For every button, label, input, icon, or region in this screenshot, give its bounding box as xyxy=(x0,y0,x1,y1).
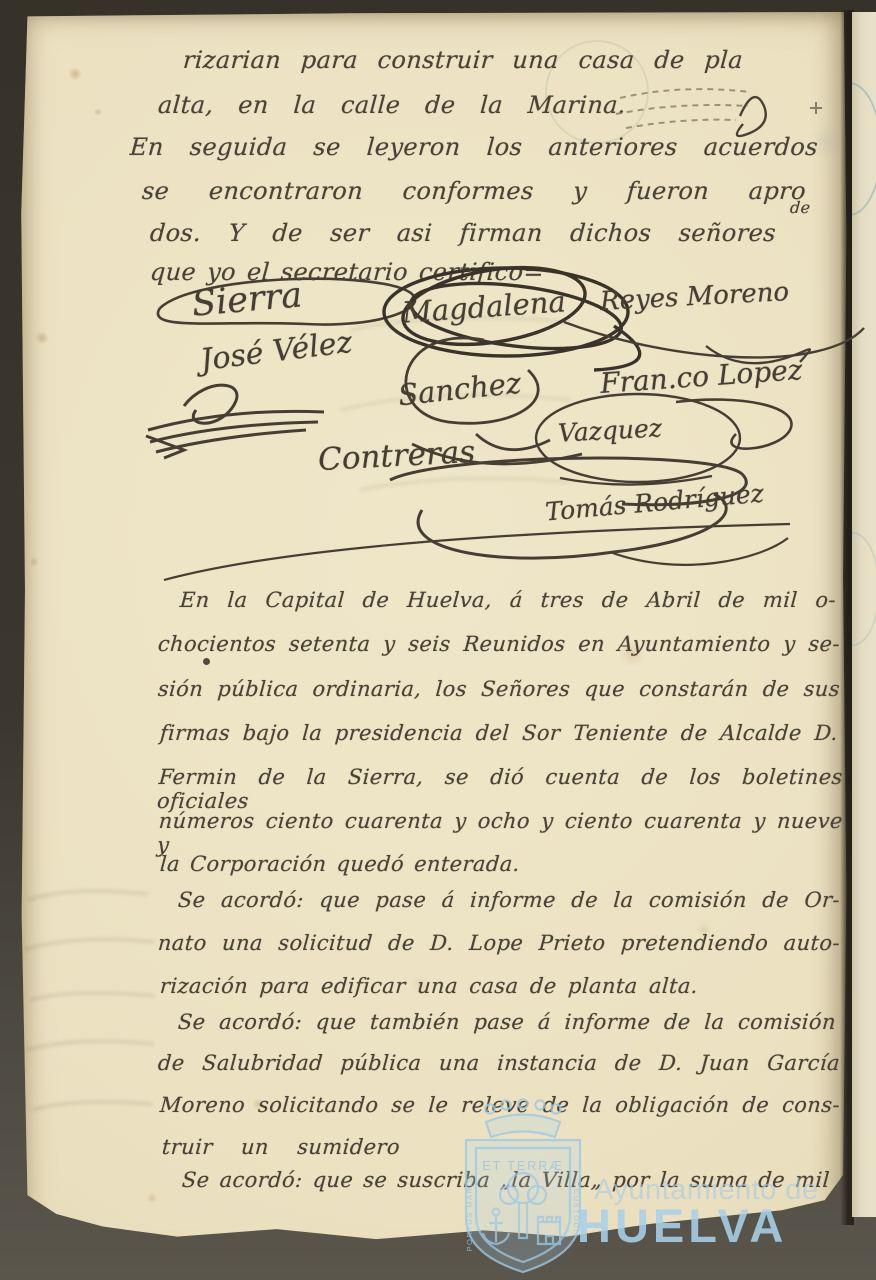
manuscript-line: Se acordó: que también pase á informe de… xyxy=(177,1010,837,1034)
manuscript-line: Fermin de la Sierra, se dió cuenta de lo… xyxy=(156,765,843,813)
ink-blot xyxy=(203,658,210,665)
manuscript-line: truir un sumidero xyxy=(161,1135,401,1159)
rubric-signature xyxy=(140,372,340,464)
manuscript-line: números ciento cuarenta y ocho y ciento … xyxy=(156,809,843,857)
showthrough-writing xyxy=(18,880,168,1180)
manuscript-line: la Corporación quedó enterada. xyxy=(159,852,520,876)
stamp-ghost-icon xyxy=(852,82,876,216)
manuscript-line: En la Capital de Huelva, á tres de Abril… xyxy=(179,588,837,612)
manuscript-line: Se acordó: que se suscriba „la Villa„ po… xyxy=(181,1168,830,1192)
pencil-scribble xyxy=(612,76,792,138)
manuscript-line: chocientos setenta y seis Reunidos en Ay… xyxy=(157,632,841,656)
scanned-document: rizarian para construir una casa de pla … xyxy=(0,0,876,1280)
next-page-edge xyxy=(852,12,876,1217)
manuscript-line: rización para edificar una casa de plant… xyxy=(159,974,699,998)
manuscript-line: alta, en la calle de la Marina. xyxy=(157,91,627,119)
manuscript-line: de Salubridad pública una instancia de D… xyxy=(157,1051,841,1075)
manuscript-line: dos. Y de ser asi firman dichos señores xyxy=(149,219,777,247)
manuscript-line: firmas bajo la presidencia del Sor Tenie… xyxy=(159,721,839,745)
ink-cross-mark xyxy=(808,100,824,116)
manuscript-line: rizarian para construir una casa de pla xyxy=(182,46,744,74)
superscript-word: de xyxy=(789,198,811,217)
manuscript-line: Moreno solicitando se le releve de la ob… xyxy=(159,1093,841,1117)
manuscript-line: se encontraron conformes y fueron apro xyxy=(141,177,807,205)
manuscript-line: sión pública ordinaria, los Señores que … xyxy=(157,677,841,701)
manuscript-line: nato una solicitud de D. Lope Prieto pre… xyxy=(157,931,841,955)
stamp-ghost-icon xyxy=(852,532,876,646)
signature-flourish xyxy=(160,508,800,588)
signature: Vazquez xyxy=(557,413,662,447)
manuscript-line: Se acordó: que pase á informe de la comi… xyxy=(177,888,841,912)
